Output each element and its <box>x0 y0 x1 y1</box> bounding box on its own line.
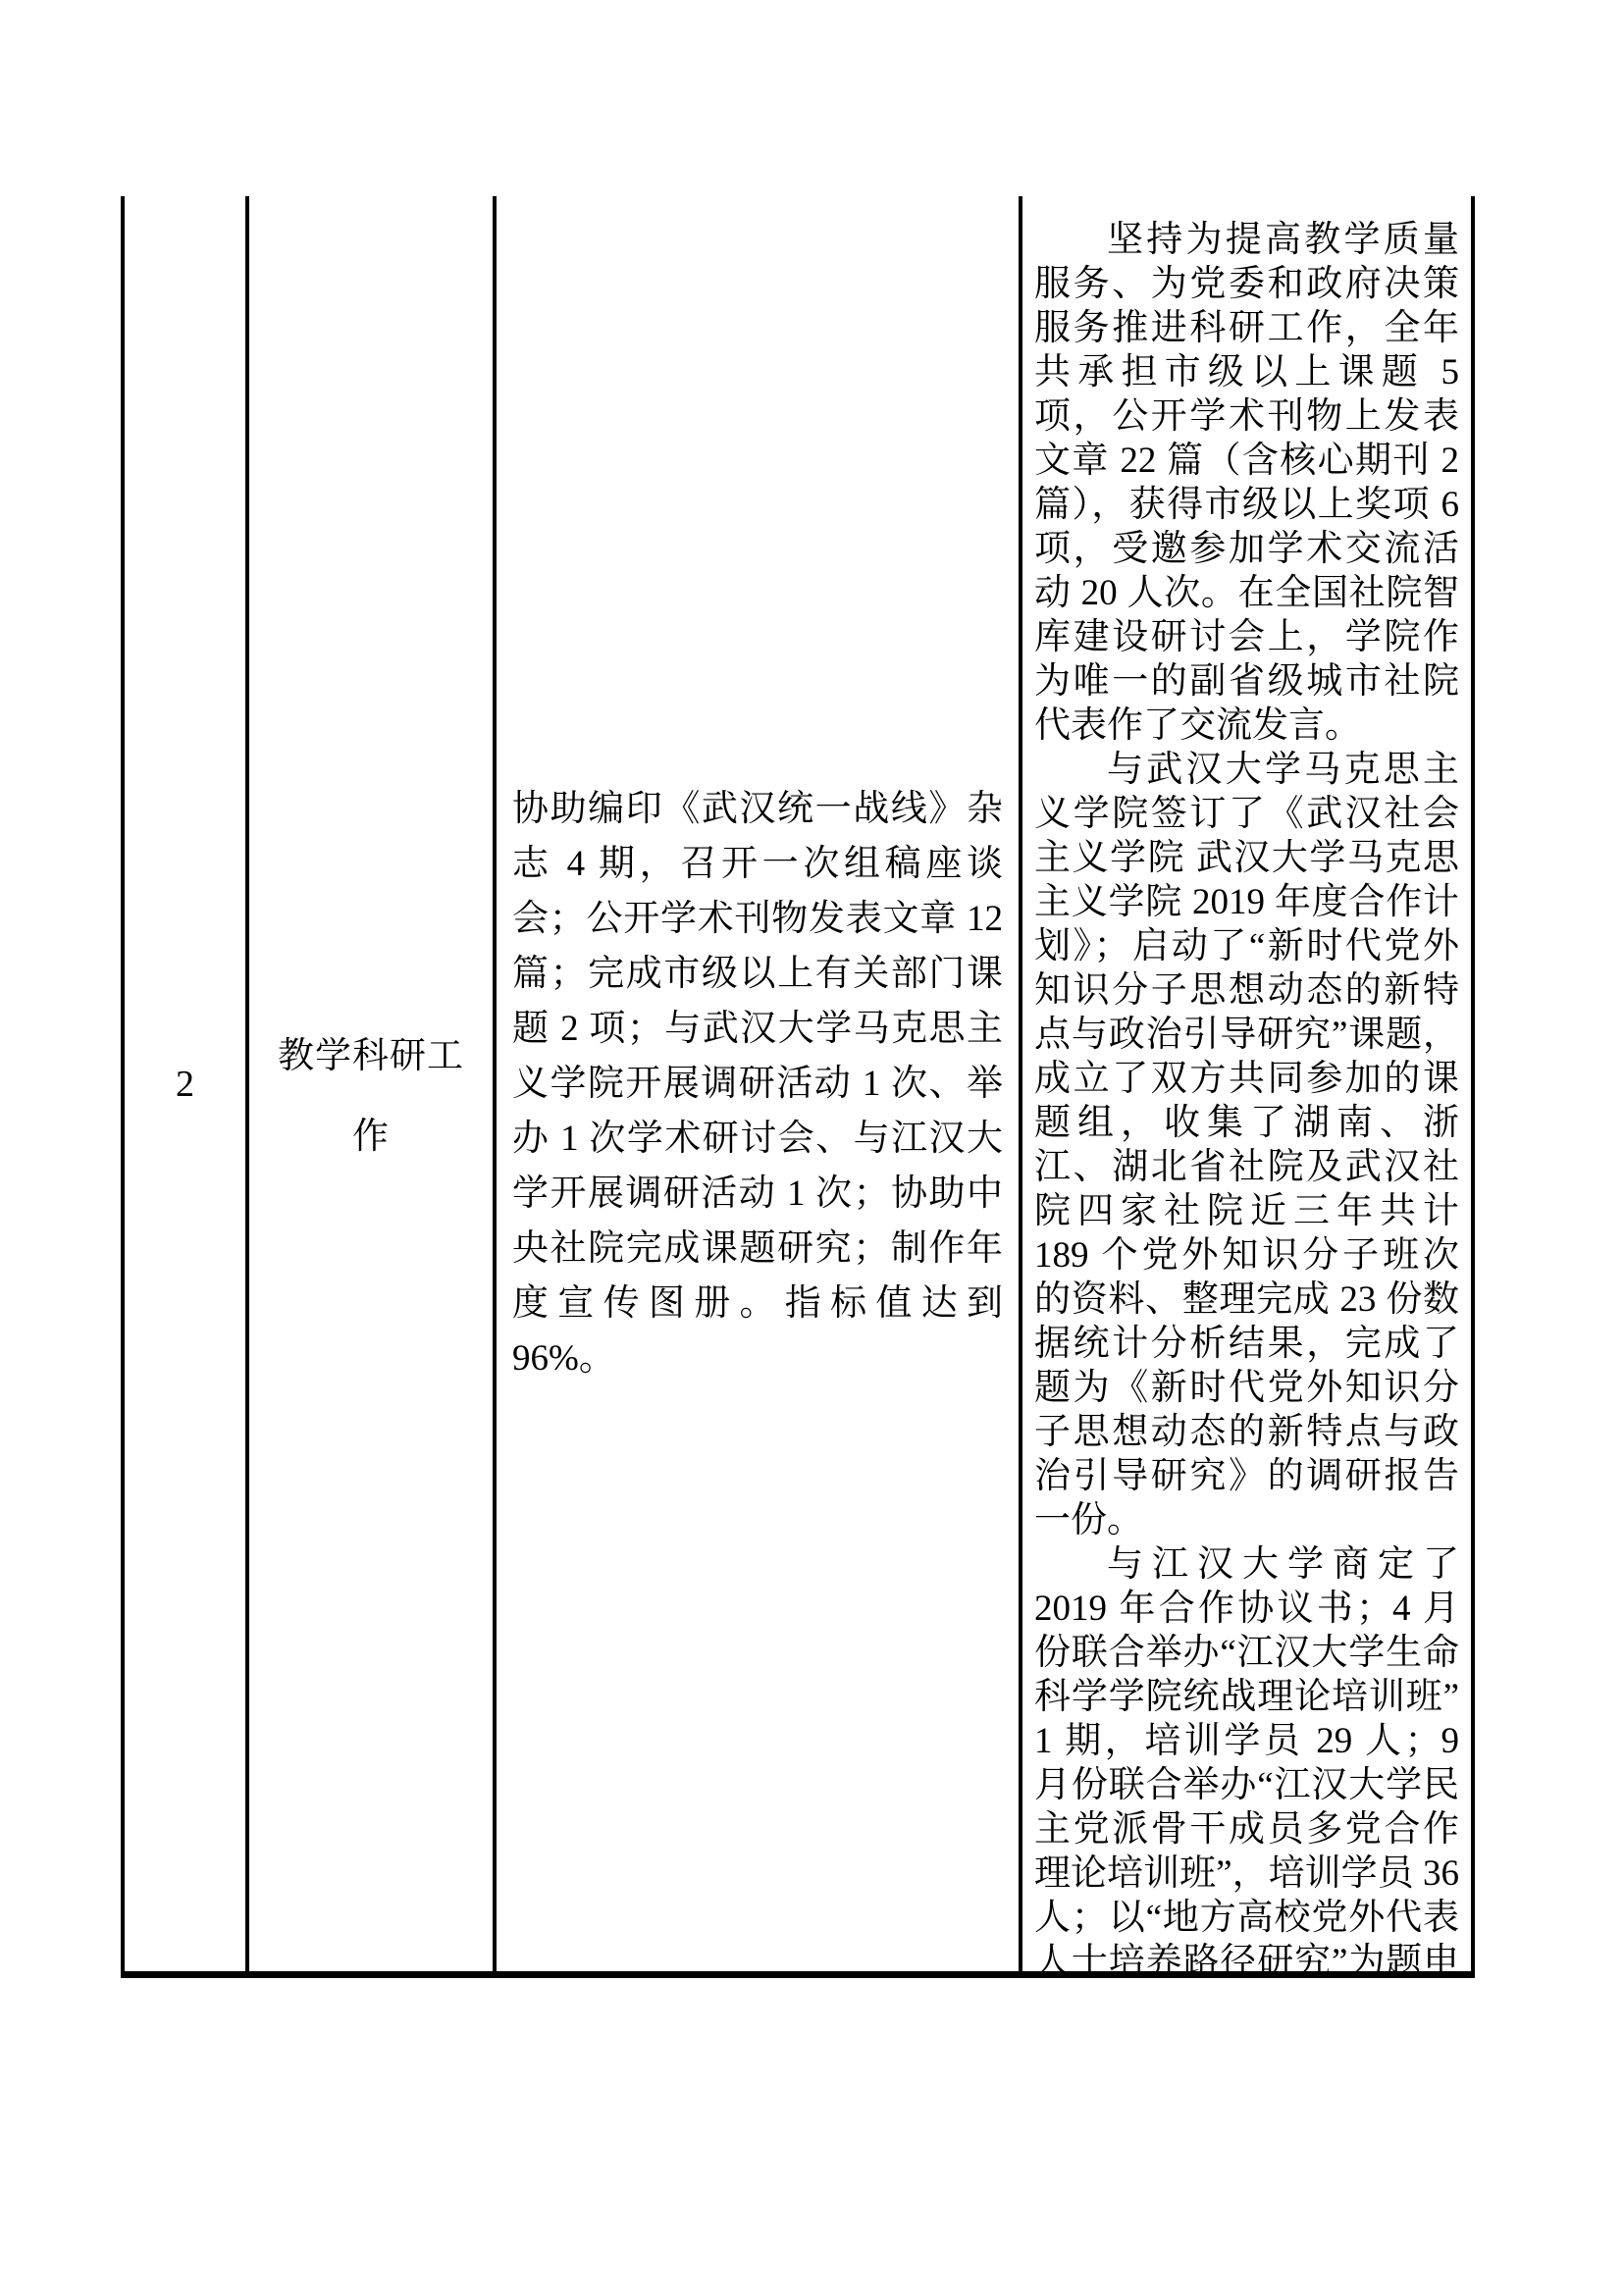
row-number-cell: 2 <box>121 196 245 1971</box>
target-text: 协助编印《武汉统一战线》杂志 4 期，召开一次组稿座谈会；公开学术刊物发表文章 … <box>512 782 1003 1386</box>
work-report-table-row: 2 教学科研工作 协助编印《武汉统一战线》杂志 4 期，召开一次组稿座谈会；公开… <box>121 196 1475 1978</box>
row-number: 2 <box>176 1063 194 1106</box>
document-page: 2 教学科研工作 协助编印《武汉统一战线》杂志 4 期，召开一次组稿座谈会；公开… <box>0 0 1624 2295</box>
category-line: 作 <box>352 1097 390 1177</box>
result-cell: 坚持为提高教学质量服务、为党委和政府决策服务推进科研工作，全年共承担市级以上课题… <box>1019 196 1475 1971</box>
result-paragraph: 与江汉大学商定了 2019 年合作协议书；4 月份联合举办“江汉大学生命科学学院… <box>1034 1542 1459 1971</box>
category-cell: 教学科研工作 <box>245 196 493 1971</box>
result-paragraph: 坚持为提高教学质量服务、为党委和政府决策服务推进科研工作，全年共承担市级以上课题… <box>1034 218 1459 748</box>
category-line: 教学科研工 <box>278 1017 464 1097</box>
target-cell: 协助编印《武汉统一战线》杂志 4 期，召开一次组稿座谈会；公开学术刊物发表文章 … <box>493 196 1019 1971</box>
result-paragraph: 与武汉大学马克思主义学院签订了《武汉社会主义学院 武汉大学马克思主义学院 201… <box>1034 748 1459 1542</box>
